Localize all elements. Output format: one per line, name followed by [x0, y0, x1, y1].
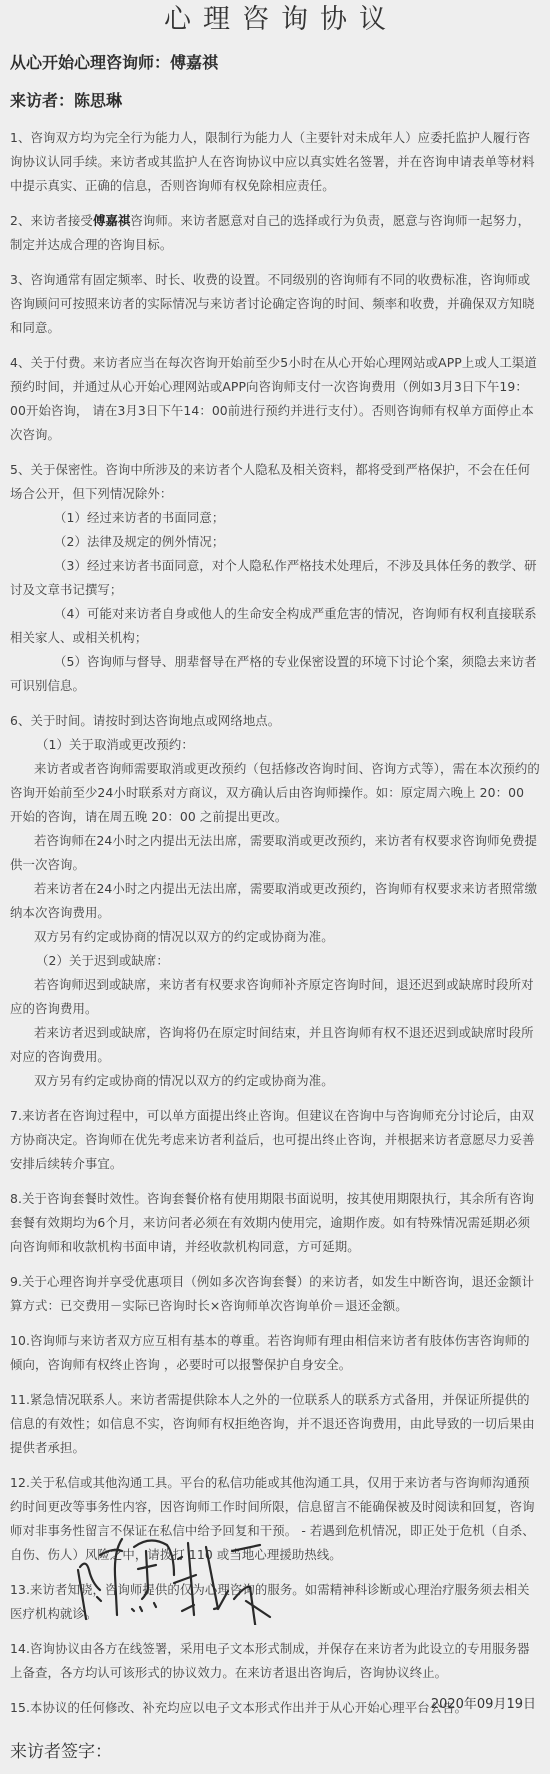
- clause-2: 2、来访者接受傅嘉祺咨询师。来访者愿意对自己的选择或行为负责，愿意与咨询师一起努…: [10, 209, 540, 257]
- handwritten-signature: [70, 1515, 290, 1625]
- signature-label: 来访者签字：: [10, 1740, 540, 1764]
- clause-5-item: （1）经过来访者的书面同意；: [10, 506, 540, 530]
- page-title: 心理咨询协议: [10, 0, 540, 40]
- counselor-name-inline: 傅嘉祺: [93, 213, 130, 228]
- counselor-line: 从心开始心理咨询师：傅嘉祺: [10, 52, 540, 74]
- clause-2-text: 2、来访者接受: [10, 213, 93, 228]
- clause-14: 14.咨询协议由各方在线签署，采用电子文本形式制成，并保存在来访者为此设立的专用…: [10, 1637, 540, 1685]
- clause-6-intro: 6、关于时间。请按时到达咨询地点或网络地点。: [10, 709, 540, 733]
- clause-6-sub2-title: （2）关于迟到或缺席：: [10, 949, 540, 973]
- clause-1: 1、咨询双方均为完全行为能力人，限制行为能力人（主要针对未成年人）应委托监护人履…: [10, 126, 540, 198]
- clause-5-item: （5）咨询师与督导、朋辈督导在严格的专业保密设置的环境下讨论个案，须隐去来访者可…: [10, 650, 540, 698]
- clause-6-sub2-p1: 若咨询师迟到或缺席，来访者有权要求咨询师补齐原定咨询时间，退还迟到或缺席时段所对…: [10, 973, 540, 1021]
- clause-6-sub1-p1: 来访者或者咨询师需要取消或更改预约（包括修改咨询时间、咨询方式等），需在本次预约…: [10, 757, 540, 829]
- clause-6-sub1-p4: 双方另有约定或协商的情况以双方的约定或协商为准。: [10, 925, 540, 949]
- clause-7: 7.来访者在咨询过程中，可以单方面提出终止咨询。但建议在咨询中与咨询师充分讨论后…: [10, 1104, 540, 1176]
- clause-10: 10.咨询师与来访者双方应互相有基本的尊重。若咨询师有理由相信来访者有肢体伤害咨…: [10, 1329, 540, 1377]
- clause-6-sub1-p2: 若咨询师在24小时之内提出无法出席，需要取消或更改预约，来访者有权要求咨询师免费…: [10, 829, 540, 877]
- counselor-label: 从心开始心理咨询师：: [10, 53, 170, 72]
- clause-4: 4、关于付费。来访者应当在每次咨询开始前至少5小时在从心开始心理网站或APP上或…: [10, 351, 540, 447]
- clause-3: 3、咨询通常有固定频率、时长、收费的设置。不同级别的咨询师有不同的收费标准，咨询…: [10, 268, 540, 340]
- counselor-name: 傅嘉祺: [170, 53, 218, 72]
- visitor-label: 来访者：: [10, 91, 74, 110]
- clause-6-sub2-p3: 双方另有约定或协商的情况以双方的约定或协商为准。: [10, 1069, 540, 1093]
- clause-6: 6、关于时间。请按时到达咨询地点或网络地点。 （1）关于取消或更改预约： 来访者…: [10, 709, 540, 1093]
- clause-5: 5、关于保密性。咨询中所涉及的来访者个人隐私及相关资料，都将受到严格保护，不会在…: [10, 458, 540, 698]
- clauses-list: 1、咨询双方均为完全行为能力人，限制行为能力人（主要针对未成年人）应委托监护人履…: [10, 126, 540, 1720]
- clause-5-item: （4）可能对来访者自身或他人的生命安全构成严重危害的情况，咨询师有权利直接联系相…: [10, 602, 540, 650]
- visitor-name: 陈思琳: [74, 91, 122, 110]
- clause-6-sub2-p2: 若来访者迟到或缺席，咨询将仍在原定时间结束，并且咨询师有权不退还迟到或缺席时段所…: [10, 1021, 540, 1069]
- clause-6-sub1-p3: 若来访者在24小时之内提出无法出席，需要取消或更改预约，咨询师有权要求来访者照常…: [10, 877, 540, 925]
- clause-5-intro: 5、关于保密性。咨询中所涉及的来访者个人隐私及相关资料，都将受到严格保护，不会在…: [10, 458, 540, 506]
- clause-9: 9.关于心理咨询并享受优惠项目（例如多次咨询套餐）的来访者，如发生中断咨询，退还…: [10, 1270, 540, 1318]
- signature-date: 2020年09月19日: [431, 1693, 536, 1712]
- clause-6-sub1-title: （1）关于取消或更改预约：: [10, 733, 540, 757]
- visitor-line: 来访者：陈思琳: [10, 90, 540, 112]
- agreement-document: 心理咨询协议 从心开始心理咨询师：傅嘉祺 来访者：陈思琳 1、咨询双方均为完全行…: [0, 0, 550, 1764]
- clause-5-item: （2）法律及规定的例外情况；: [10, 530, 540, 554]
- clause-5-item: （3）经过来访者书面同意，对个人隐私作严格技术处理后，不涉及具体任务的教学、研讨…: [10, 554, 540, 602]
- clause-8: 8.关于咨询套餐时效性。咨询套餐价格有使用期限书面说明，按其使用期限执行，其余所…: [10, 1187, 540, 1259]
- clause-11: 11.紧急情况联系人。来访者需提供除本人之外的一位联系人的联系方式备用，并保证所…: [10, 1388, 540, 1460]
